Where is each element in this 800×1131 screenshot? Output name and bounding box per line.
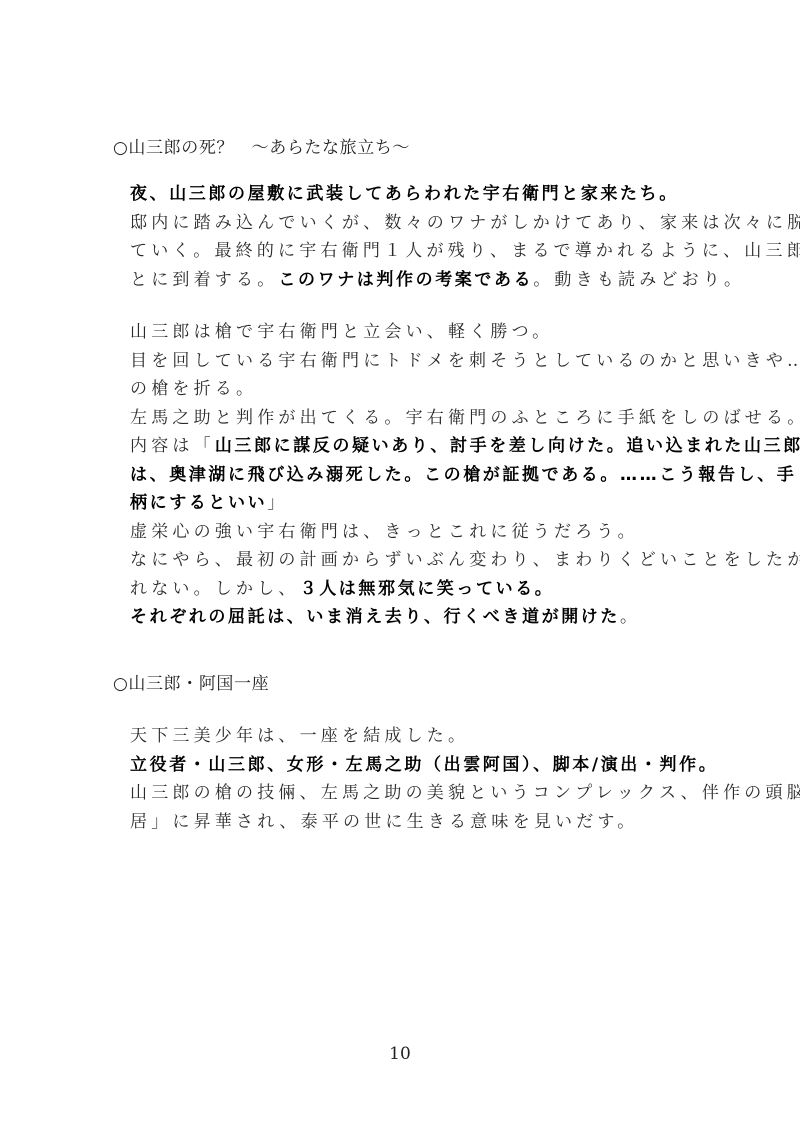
text-line: 夜、山三郎の屋敷に武装してあらわれた宇右衛門と家来たち。 bbox=[130, 180, 710, 209]
emphasis-text: ３人は無邪気に笑っている。 bbox=[300, 579, 555, 599]
emphasis-text: それぞれの屈託は、いま消え去り、行くべき道が開けた bbox=[130, 607, 620, 627]
text-line: 山三郎は槍で宇右衛門と立会い、軽く勝つ。 bbox=[130, 318, 710, 347]
emphasis-text: 柄にするといい bbox=[130, 493, 267, 513]
section-heading-okuni-troupe: ○山三郎・阿国一座 bbox=[113, 673, 269, 695]
text-line: 左馬之助と判作が出てくる。宇右衛門のふところに手紙をしのばせる。その bbox=[130, 404, 710, 433]
text-line: 柄にするといい」 bbox=[130, 489, 710, 518]
page-number: 10 bbox=[0, 1044, 800, 1064]
text-line: 立役者・山三郎、女形・左馬之助（出雲阿国）、脚本/演出・判作。 bbox=[130, 751, 710, 780]
plain-text: とに到着する。 bbox=[130, 270, 278, 290]
text-line: なにやら、最初の計画からずいぶん変わり、まわりくどいことをしたかもし bbox=[130, 546, 710, 575]
section-heading-sanzaburo-death: ○山三郎の死？ ～あらたな旅立ち～ bbox=[113, 137, 410, 159]
text-line: れない。しかし、３人は無邪気に笑っている。 bbox=[130, 575, 710, 604]
plain-text: 内容は「 bbox=[130, 436, 215, 456]
emphasis-text: 夜、山三郎の屋敷に武装してあらわれた宇右衛門と家来たち。 bbox=[130, 184, 679, 204]
text-line: 内容は「山三郎に謀反の疑いあり、討手を差し向けた。追い込まれた山三郎 bbox=[130, 432, 710, 461]
text-line: 邸内に踏み込んでいくが、数々のワナがしかけてあり、家来は次々に脱落し bbox=[130, 209, 710, 238]
text-line: 目を回している宇右衛門にトドメを刺そうとしているのかと思いきや……そ bbox=[130, 347, 710, 376]
paragraph-troupe-formed: 天下三美少年は、一座を結成した。 立役者・山三郎、女形・左馬之助（出雲阿国）、脚… bbox=[130, 722, 710, 836]
emphasis-text: 山三郎に謀反の疑いあり、討手を差し向けた。追い込まれた山三郎 bbox=[215, 436, 800, 456]
text-line: 山三郎の槍の技倆、左馬之助の美貌というコンプレックス、伴作の頭脳は「芝 bbox=[130, 779, 710, 808]
plain-text: 。 bbox=[620, 607, 641, 627]
text-line: の槍を折る。 bbox=[130, 375, 710, 404]
document-page: ○山三郎の死？ ～あらたな旅立ち～ 夜、山三郎の屋敷に武装してあらわれた宇右衛門… bbox=[0, 0, 800, 1131]
paragraph-night-raid: 夜、山三郎の屋敷に武装してあらわれた宇右衛門と家来たち。 邸内に踏み込んでいくが… bbox=[130, 180, 710, 294]
paragraph-duel-and-letter: 山三郎は槍で宇右衛門と立会い、軽く勝つ。 目を回している宇右衛門にトドメを刺そう… bbox=[130, 318, 710, 632]
plain-text: 。動きも読みどおり。 bbox=[533, 270, 745, 290]
text-line: 虚栄心の強い宇右衛門は、きっとこれに従うだろう。 bbox=[130, 518, 710, 547]
emphasis-text: は、奥津湖に飛び込み溺死した。この槍が証拠である。……こう報告し、手 bbox=[130, 465, 796, 485]
plain-text: 」 bbox=[267, 493, 288, 513]
text-line: は、奥津湖に飛び込み溺死した。この槍が証拠である。……こう報告し、手 bbox=[130, 461, 710, 490]
text-line: とに到着する。このワナは判作の考案である。動きも読みどおり。 bbox=[130, 266, 710, 295]
text-line: 天下三美少年は、一座を結成した。 bbox=[130, 722, 710, 751]
text-line: それぞれの屈託は、いま消え去り、行くべき道が開けた。 bbox=[130, 603, 710, 632]
plain-text: れない。しかし、 bbox=[130, 579, 300, 599]
emphasis-text: このワナは判作の考案である bbox=[278, 270, 533, 290]
emphasis-text: 立役者・山三郎、女形・左馬之助（出雲阿国）、脚本/演出・判作。 bbox=[130, 755, 718, 775]
text-line: 居」に昇華され、泰平の世に生きる意味を見いだす。 bbox=[130, 808, 710, 837]
text-line: ていく。最終的に宇右衛門１人が残り、まるで導かれるように、山三郎のも bbox=[130, 237, 710, 266]
